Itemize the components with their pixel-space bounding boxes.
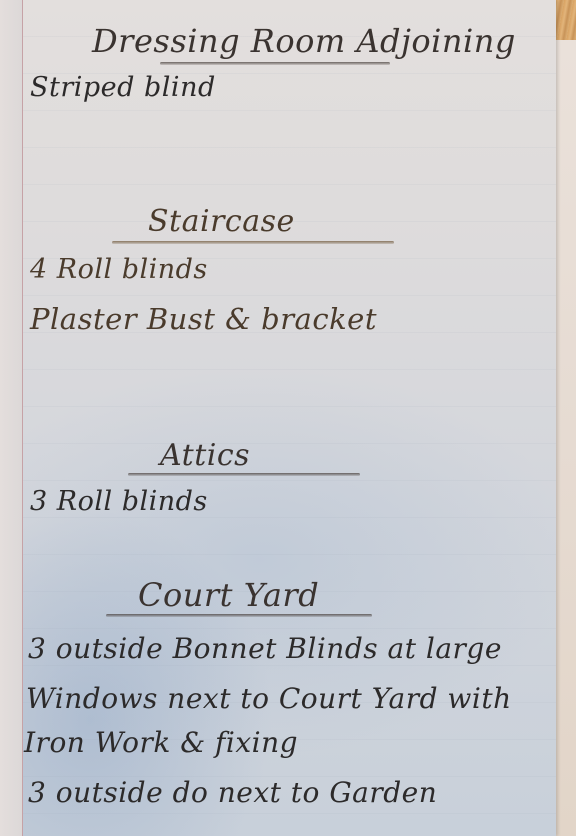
section-heading-dressing-room: Dressing Room Adjoining	[92, 22, 516, 60]
heading-underline	[112, 241, 394, 244]
heading-underline	[160, 62, 390, 65]
heading-underline	[128, 473, 360, 476]
item-roll-blinds: 3 Roll blinds	[30, 486, 208, 517]
item-striped-blind: Striped blind	[30, 72, 216, 103]
section-heading-staircase: Staircase	[148, 204, 295, 239]
item-outside-garden: 3 outside do next to Garden	[28, 776, 437, 809]
item-windows-court-yard: Windows next to Court Yard with	[26, 682, 512, 715]
section-heading-attics: Attics	[160, 438, 250, 473]
item-roll-blinds: 4 Roll blinds	[30, 254, 208, 285]
section-heading-court-yard: Court Yard	[138, 576, 319, 614]
item-iron-work: Iron Work & fixing	[24, 726, 298, 759]
item-plaster-bust: Plaster Bust & bracket	[30, 302, 377, 336]
heading-underline	[106, 614, 372, 617]
ledger-page: Dressing Room Adjoining Striped blind St…	[0, 0, 556, 836]
item-bonnet-blinds: 3 outside Bonnet Blinds at large	[28, 632, 502, 665]
page-gutter	[0, 0, 22, 836]
